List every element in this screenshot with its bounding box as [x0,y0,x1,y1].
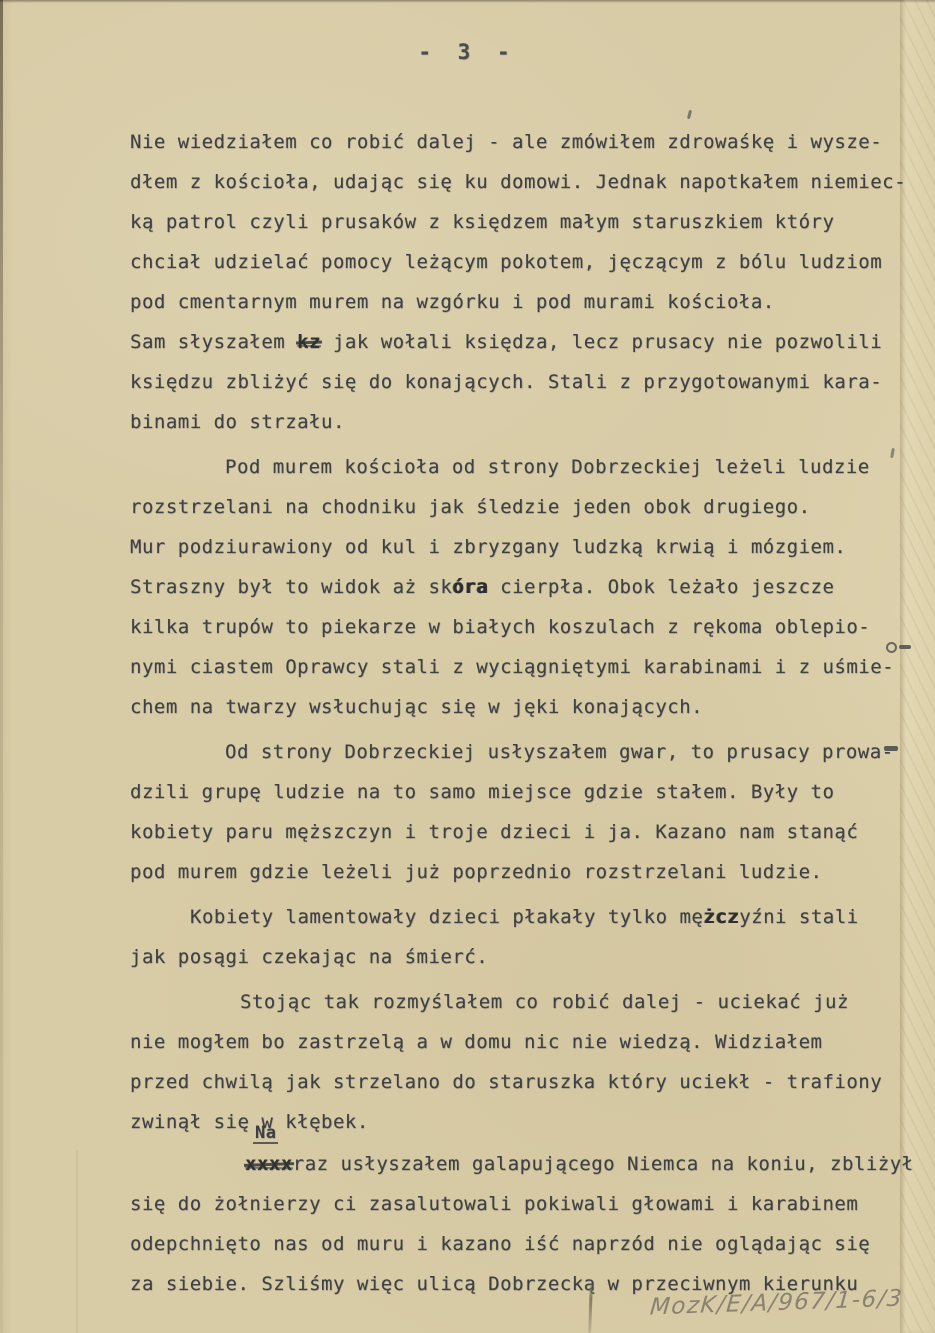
ink-speck [886,642,897,653]
typewritten-line: Stojąc tak rozmyślałem co robić dalej - … [130,982,925,1022]
line-text: jak wołali księdza, lecz prusacy nie poz… [321,331,882,353]
typewritten-line: pod cmentarnym murem na wzgórku i pod mu… [130,282,925,322]
paragraph-6: Naxxxxraz usłyszałem galapującego Niemca… [130,1144,925,1304]
typewritten-line: jak posągi czekając na śmierć. [130,937,925,977]
line-text: Sam słyszałem [130,331,297,353]
ink-speck [687,110,692,119]
typewritten-line: dłem z kościoła, udając się ku domowi. J… [130,162,925,202]
paragraph-1: Nie wiedziałem co robić dalej - ale zmów… [130,122,925,442]
line-text: yźni stali [739,906,858,928]
typewritten-line: nymi ciastem Oprawcy stali z wyciągnięty… [130,647,925,687]
typewritten-line: księdzu zbliżyć się do konających. Stali… [130,362,925,402]
typewritten-line: rozstrzelani na chodniku jak śledzie jed… [130,487,925,527]
line-text: raz usłyszałem galapującego Niemca na ko… [293,1153,914,1175]
typewritten-line: nie mogłem bo zastrzelą a w domu nic nie… [130,1022,925,1062]
pen-mark [588,1283,592,1333]
typewritten-line: dzili grupę ludzie na to samo miejsce gd… [130,772,925,812]
paragraph-5: Stojąc tak rozmyślałem co robić dalej - … [130,982,925,1142]
typewritten-line: zwinął się w kłębek. [130,1102,925,1142]
typewritten-line: Straszny był to widok aż skóra cierpła. … [130,567,925,607]
typewritten-line: Mur podziurawiony od kul i zbryzgany lud… [130,527,925,567]
ink-speck [899,645,911,649]
paragraph-2: Pod murem kościoła od strony Dobrzeckiej… [130,447,925,727]
line-text: cierpła. Obok leżało jeszcze [488,576,834,598]
typewritten-line: pod murem gdzie leżeli już poprzednio ro… [130,852,925,892]
typewritten-line: Nie wiedziałem co robić dalej - ale zmów… [130,122,925,162]
typewritten-line: odepchnięto nas od muru i kazano iść nap… [130,1224,925,1264]
paragraph-4: Kobiety lamentowały dzieci płakały tylko… [130,897,925,977]
typewritten-line: Pod murem kościoła od strony Dobrzeckiej… [130,447,925,487]
typewritten-line: binami do strzału. [130,402,925,442]
paper-crease [76,1150,78,1333]
typewritten-line: Naxxxxraz usłyszałem galapującego Niemca… [130,1144,925,1184]
typewritten-line: się do żołnierzy ci zasalutowali pokiwal… [130,1184,925,1224]
typewritten-line: Sam słyszałem kz jak wołali księdza, lec… [130,322,925,362]
paragraph-3: Od strony Dobrzeckiej usłyszałem gwar, t… [130,732,925,892]
line-text: Kobiety lamentowały dzieci płakały tylko… [190,906,703,928]
struck-out-text: xxxx [245,1153,293,1175]
document-page: - 3 - Nie wiedziałem co robić dalej - al… [0,0,935,1333]
typewritten-line: chciał udzielać pomocy leżącym pokotem, … [130,242,925,282]
page-number: - 3 - [0,40,935,64]
typewritten-line: chem na twarzy wsłuchując się w jęki kon… [130,687,925,727]
typewritten-text-block: Nie wiedziałem co robić dalej - ale zmów… [130,122,925,1304]
typewritten-line: ką patrol czyli prusaków z księdzem mały… [130,202,925,242]
scan-edge-top [0,0,935,3]
typewritten-line: kilka trupów to piekarze w białych koszu… [130,607,925,647]
typed-correction: Naxxxx [245,1144,293,1184]
line-text: Straszny był to widok aż sk [130,576,452,598]
inserted-text: Na [253,1125,278,1144]
overtyped-text: żcz [703,906,739,928]
typewritten-line: kobiety paru męższczyn i troje dzieci i … [130,812,925,852]
ink-speck [884,746,898,751]
typewritten-line: przed chwilą jak strzelano do staruszka … [130,1062,925,1102]
scan-edge-left [0,0,3,1333]
struck-out-text: kz [297,331,321,353]
typewritten-line: Kobiety lamentowały dzieci płakały tylko… [130,897,925,937]
overtyped-text: óra [452,576,488,598]
typewritten-line: Od strony Dobrzeckiej usłyszałem gwar, t… [130,732,925,772]
